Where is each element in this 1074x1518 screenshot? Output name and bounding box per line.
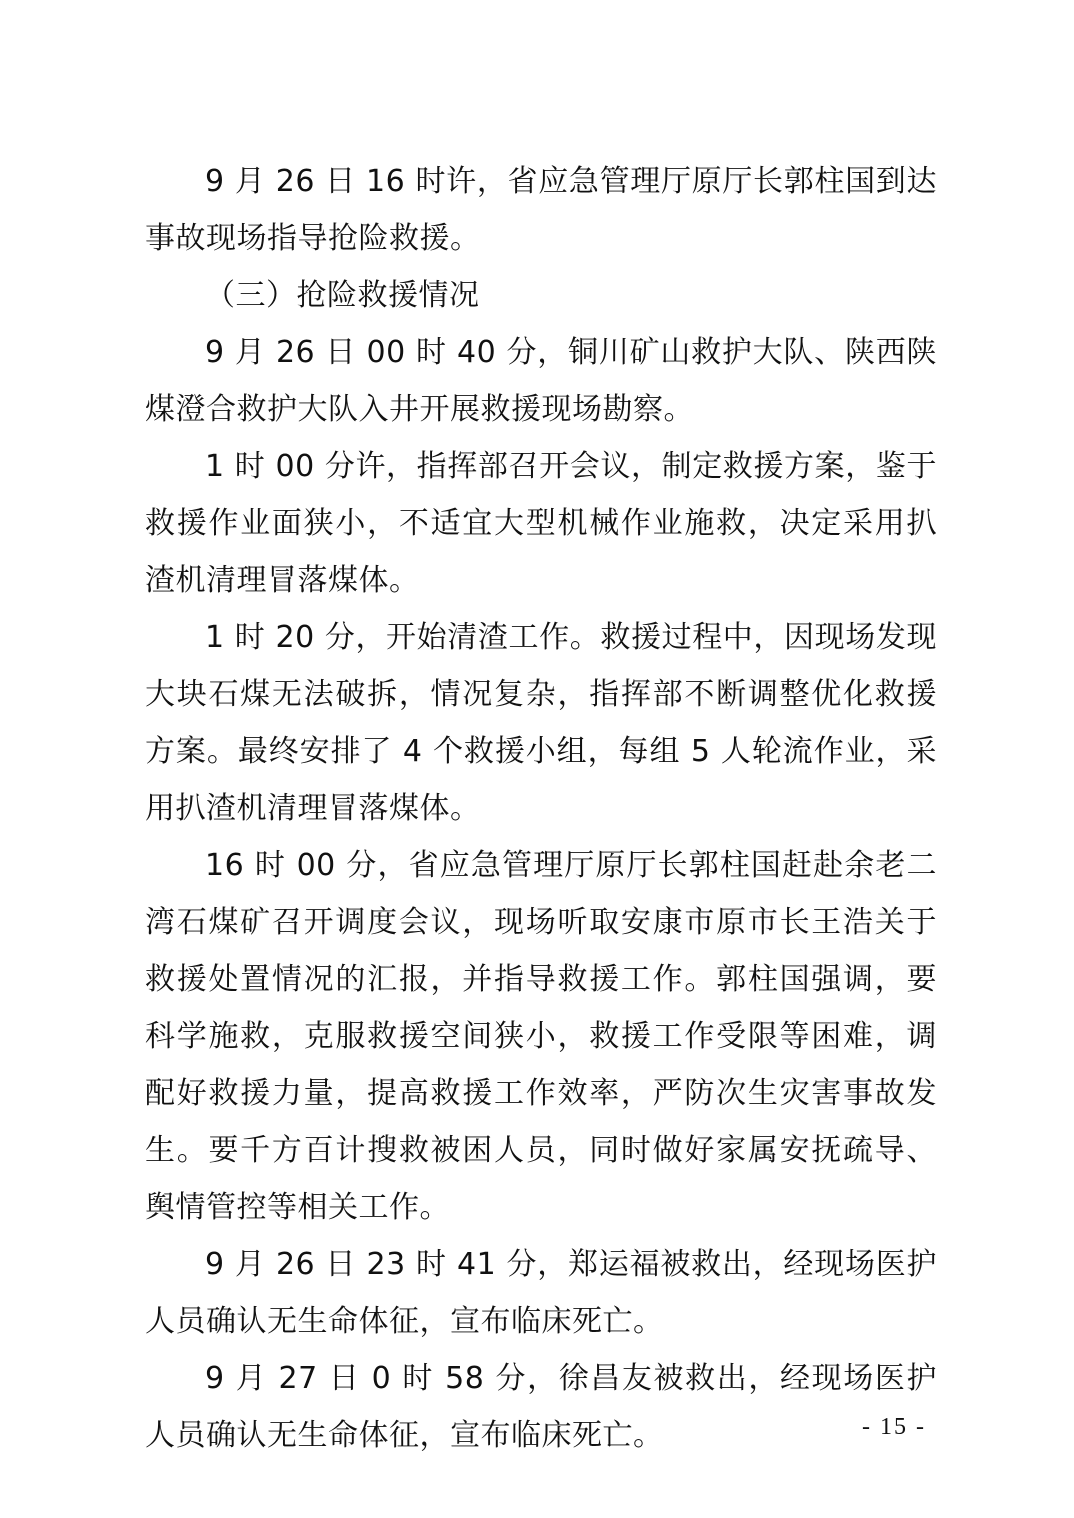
- paragraph-victim-2: 9 月 27 日 0 时 58 分，徐昌友被救出，经现场医护人员确认无生命体征，…: [145, 1350, 937, 1464]
- paragraph-clearing-work: 1 时 20 分，开始清渣工作。救援过程中，因现场发现大块石煤无法破拆，情况复杂…: [145, 609, 937, 837]
- paragraph-victim-1: 9 月 26 日 23 时 41 分，郑运福被救出，经现场医护人员确认无生命体征…: [145, 1236, 937, 1350]
- paragraph-dispatch-meeting: 16 时 00 分，省应急管理厅原厅长郭柱国赶赴余老二湾石煤矿召开调度会议，现场…: [145, 837, 937, 1236]
- document-body: 9 月 26 日 16 时许，省应急管理厅原厅长郭柱国到达事故现场指导抢险救援。…: [145, 153, 937, 1464]
- page-number: - 15 -: [862, 1414, 926, 1441]
- paragraph-meeting-plan: 1 时 00 分许，指挥部召开会议，制定救援方案，鉴于救援作业面狭小，不适宜大型…: [145, 438, 937, 609]
- section-heading-rescue: （三）抢险救援情况: [145, 267, 937, 324]
- paragraph-survey: 9 月 26 日 00 时 40 分，铜川矿山救护大队、陕西陕煤澄合救护大队入井…: [145, 324, 937, 438]
- paragraph-arrival: 9 月 26 日 16 时许，省应急管理厅原厅长郭柱国到达事故现场指导抢险救援。: [145, 153, 937, 267]
